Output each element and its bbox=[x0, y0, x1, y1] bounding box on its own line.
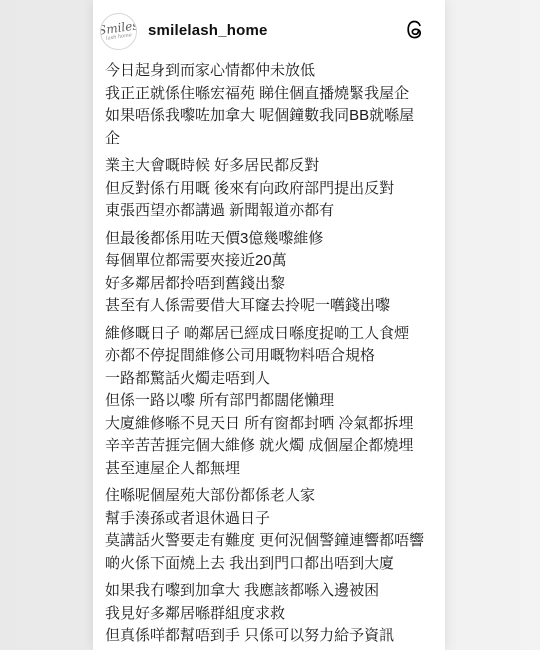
post-line: 甚至連屋企人都無埋 bbox=[105, 458, 431, 481]
post-line: 好多鄰居都拎唔到舊錢出黎 bbox=[105, 273, 431, 296]
username[interactable]: smilelash_home bbox=[148, 0, 268, 60]
post-paragraph: 如果我冇嚟到加拿大 我應該都喺入邊被困我見好多鄰居喺群組度求救但真係咩都幫唔到手… bbox=[105, 580, 431, 648]
post-line: 莫講話火警要走有難度 更何況個警鐘連響都唔響 bbox=[105, 530, 431, 553]
post-line: 住喺呢個屋苑大部份都係老人家 bbox=[105, 485, 431, 508]
post-line: 如果我冇嚟到加拿大 我應該都喺入邊被困 bbox=[105, 580, 431, 603]
post-line: 幫手湊孫或者退休過日子 bbox=[105, 508, 431, 531]
post-line: 業主大會嘅時候 好多居民都反對 bbox=[105, 155, 431, 178]
post-line: 東張西望亦都講過 新聞報道亦都有 bbox=[105, 200, 431, 223]
post-line: 我見好多鄰居喺群組度求救 bbox=[105, 603, 431, 626]
post-line: 但最後都係用咗天價3億幾嚟維修 bbox=[105, 228, 431, 251]
threads-icon[interactable] bbox=[404, 18, 427, 41]
post-line: 但係一路以嚟 所有部門都闊佬懶理 bbox=[105, 390, 431, 413]
post-line: 但反對係冇用嘅 後來有向政府部門提出反對 bbox=[105, 178, 431, 201]
post-header: Smiles lash home smilelash_home bbox=[93, 0, 445, 60]
post-line: 維修嘅日子 啲鄰居已經成日喺度捉啲工人食煙 bbox=[105, 323, 431, 346]
post-line: 一路都驚話火燭走唔到人 bbox=[105, 368, 431, 391]
post-paragraph: 今日起身到而家心情都仲未放低我正正就係住喺宏福苑 睇住個直播燒緊我屋企如果唔係我… bbox=[105, 60, 431, 150]
post-line: 企 bbox=[105, 128, 431, 151]
post-paragraph: 住喺呢個屋苑大部份都係老人家幫手湊孫或者退休過日子莫講話火警要走有難度 更何況個… bbox=[105, 485, 431, 575]
post-paragraph: 維修嘅日子 啲鄰居已經成日喺度捉啲工人食煙亦都不停捉間維修公司用嘅物料唔合規格一… bbox=[105, 323, 431, 481]
post-body: 今日起身到而家心情都仲未放低我正正就係住喺宏福苑 睇住個直播燒緊我屋企如果唔係我… bbox=[93, 60, 445, 648]
post-card: Smiles lash home smilelash_home 今日起身到而家心… bbox=[93, 0, 445, 650]
post-line: 大廈維修喺不見天日 所有窗都封晒 冷氣都拆埋 bbox=[105, 413, 431, 436]
post-line: 我正正就係住喺宏福苑 睇住個直播燒緊我屋企 bbox=[105, 83, 431, 106]
post-line: 如果唔係我嚟咗加拿大 呢個鐘數我同BB就喺屋 bbox=[105, 105, 431, 128]
post-line: 但真係咩都幫唔到手 只係可以努力給予資訊 bbox=[105, 625, 431, 648]
post-paragraph: 業主大會嘅時候 好多居民都反對但反對係冇用嘅 後來有向政府部門提出反對東張西望亦… bbox=[105, 155, 431, 223]
post-line: 今日起身到而家心情都仲未放低 bbox=[105, 60, 431, 83]
post-line: 辛辛苦苦捱完個大維修 就火燭 成個屋企都燒埋 bbox=[105, 435, 431, 458]
post-line: 亦都不停捉間維修公司用嘅物料唔合規格 bbox=[105, 345, 431, 368]
post-line: 每個單位都需要夾接近20萬 bbox=[105, 250, 431, 273]
post-line: 甚至有人係需要借大耳窿去拎呢一嚿錢出嚟 bbox=[105, 295, 431, 318]
profile-avatar[interactable]: Smiles lash home bbox=[100, 13, 137, 50]
post-paragraph: 但最後都係用咗天價3億幾嚟維修每個單位都需要夾接近20萬好多鄰居都拎唔到舊錢出黎… bbox=[105, 228, 431, 318]
post-line: 啲火係下面燒上去 我出到門口都出唔到大廈 bbox=[105, 553, 431, 576]
